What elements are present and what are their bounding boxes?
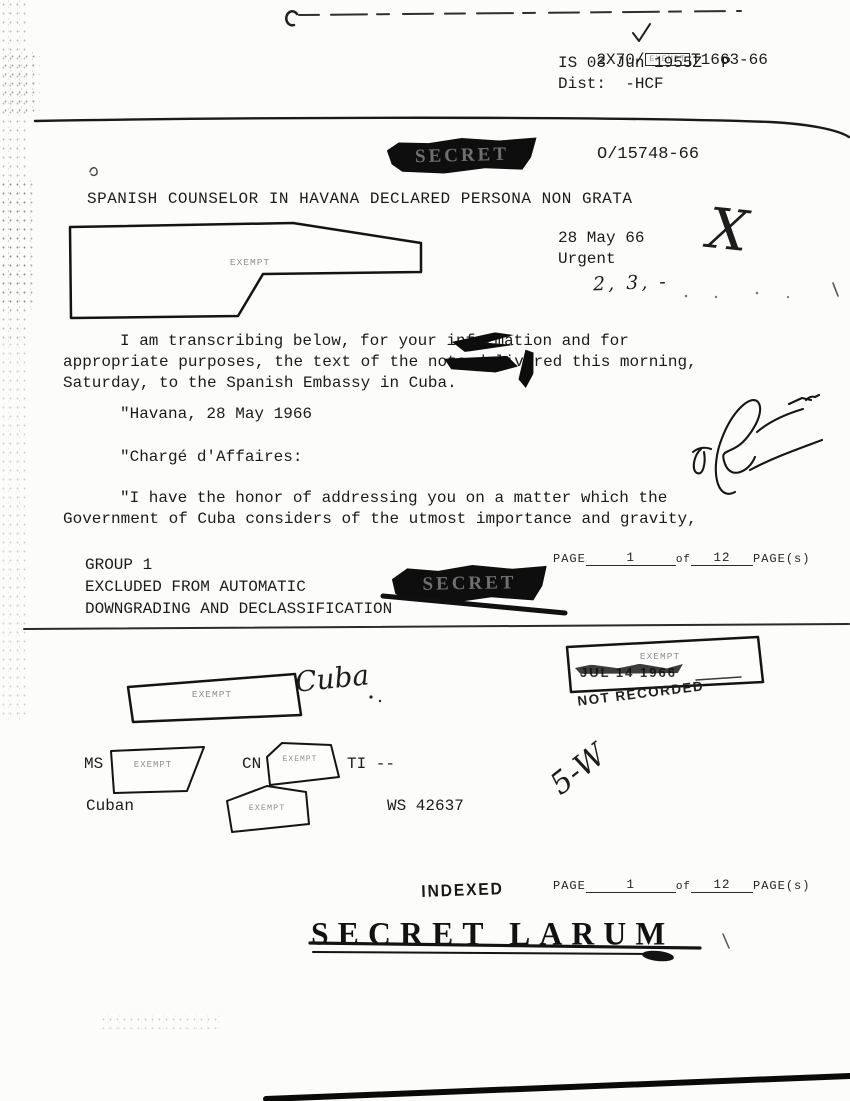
page-total: 12: [691, 551, 753, 566]
quote-salutation: "Chargé d'Affaires:: [120, 448, 302, 466]
indexed-stamp: INDEXED: [421, 879, 504, 902]
horizontal-rule-top: [35, 118, 849, 137]
handwritten-numbers: 2, 3, -: [593, 271, 669, 296]
stray-c-mark: [286, 11, 297, 25]
group-line: DOWNGRADING AND DECLASSIFICATION: [85, 600, 392, 618]
page-indicator: PAGE1of12PAGE(s): [553, 878, 810, 893]
stray-tick-mark: [723, 934, 729, 948]
case-number: O/15748-66: [597, 145, 699, 164]
pages-label: PAGE(s): [753, 879, 810, 893]
routing-ws-number: WS 42637: [387, 797, 464, 815]
scan-noise-left-cluster1: [2, 52, 40, 112]
small-squiggle-mark: [90, 168, 97, 176]
secret-stamp-bottom-text: SECRET: [422, 572, 516, 595]
secret-stamp-bottom: SECRET: [392, 564, 548, 605]
group-line: EXCLUDED FROM AUTOMATIC: [85, 578, 306, 596]
page-of: of: [676, 554, 691, 566]
page-label: PAGE: [553, 879, 586, 893]
quote-dateline: "Havana, 28 May 1966: [120, 405, 312, 423]
top-dashed-line: [299, 11, 741, 15]
pages-label: PAGE(s): [753, 552, 810, 566]
routing-ms-label: MS: [84, 755, 103, 773]
redaction-box-top-right-label: EXEMPT: [605, 651, 715, 662]
routing-subject: Cuban: [86, 797, 134, 815]
page-of: of: [676, 881, 691, 893]
page-total: 12: [691, 878, 753, 893]
signature-scribble: [693, 448, 711, 474]
body-line: appropriate purposes, the text of the no…: [63, 353, 697, 371]
routing-cn-label: CN: [242, 755, 261, 773]
quote-line: Government of Cuba considers of the utmo…: [63, 510, 697, 528]
faint-mark: [715, 296, 717, 298]
page-indicator: PAGE1of12PAGE(s): [553, 551, 810, 566]
routing-ti-label: TI --: [347, 755, 395, 773]
handwritten-x-mark: X: [705, 196, 751, 265]
not-recorded-stamp: NOT RECORDED: [577, 678, 705, 708]
scan-noise-left-mid: [0, 340, 30, 720]
horizontal-rule-middle: [24, 624, 849, 629]
redaction-box-cn: [267, 743, 339, 785]
handwritten-cuba: Cuba: [293, 658, 370, 699]
page-current: 1: [586, 551, 676, 566]
handwritten-slash-mark: [833, 283, 838, 296]
signature-scribble: [750, 395, 822, 470]
scan-noise-left-cluster2: [0, 180, 34, 310]
handwritten-five-w: 5-W: [544, 737, 614, 802]
secret-stamp-top-text: SECRET: [415, 144, 510, 167]
faint-mark: [787, 296, 789, 298]
redaction-box-cn-label: EXEMPT: [271, 755, 329, 764]
cuba-trailing-dot: [379, 700, 381, 702]
document-date: 28 May 66: [558, 229, 644, 247]
redaction-box-ms-label: EXEMPT: [114, 760, 192, 770]
redaction-flag-label: EXEMPT: [200, 257, 300, 268]
priority-label: Urgent: [558, 250, 616, 268]
cuba-trailing-dot: [369, 695, 372, 698]
header-dist-line: Dist: -HCF: [558, 75, 664, 93]
body-line: I am transcribing below, for your inform…: [120, 332, 629, 350]
group-line: GROUP 1: [85, 556, 152, 574]
secret-stamp-top: SECRET: [387, 136, 538, 175]
bottom-scan-edge: [266, 1076, 850, 1099]
redaction-box-cuban-row-label: EXEMPT: [234, 803, 300, 813]
codeword-stamp: SECRET LARUM: [311, 915, 674, 953]
scan-noise-bottom: [100, 1015, 220, 1029]
page-current: 1: [586, 878, 676, 893]
redaction-flag-outline: [70, 223, 421, 318]
body-line: Saturday, to the Spanish Embassy in Cuba…: [63, 374, 457, 392]
faint-mark: [685, 295, 688, 298]
signature-scribble: [716, 400, 760, 494]
faint-mark: [756, 292, 759, 295]
quote-line: "I have the honor of addressing you on a…: [120, 489, 667, 507]
document-title: SPANISH COUNSELOR IN HAVANA DECLARED PER…: [87, 190, 632, 208]
scanned-document-page: 2X70/EXEMPTT1663-66 IS 03 Jun 1955Z P Di…: [0, 0, 850, 1101]
redaction-box-left-label: EXEMPT: [152, 689, 272, 700]
page-label: PAGE: [553, 552, 586, 566]
redaction-box-ms: [111, 747, 204, 793]
header-datetime-line: IS 03 Jun 1955Z P: [558, 54, 731, 72]
